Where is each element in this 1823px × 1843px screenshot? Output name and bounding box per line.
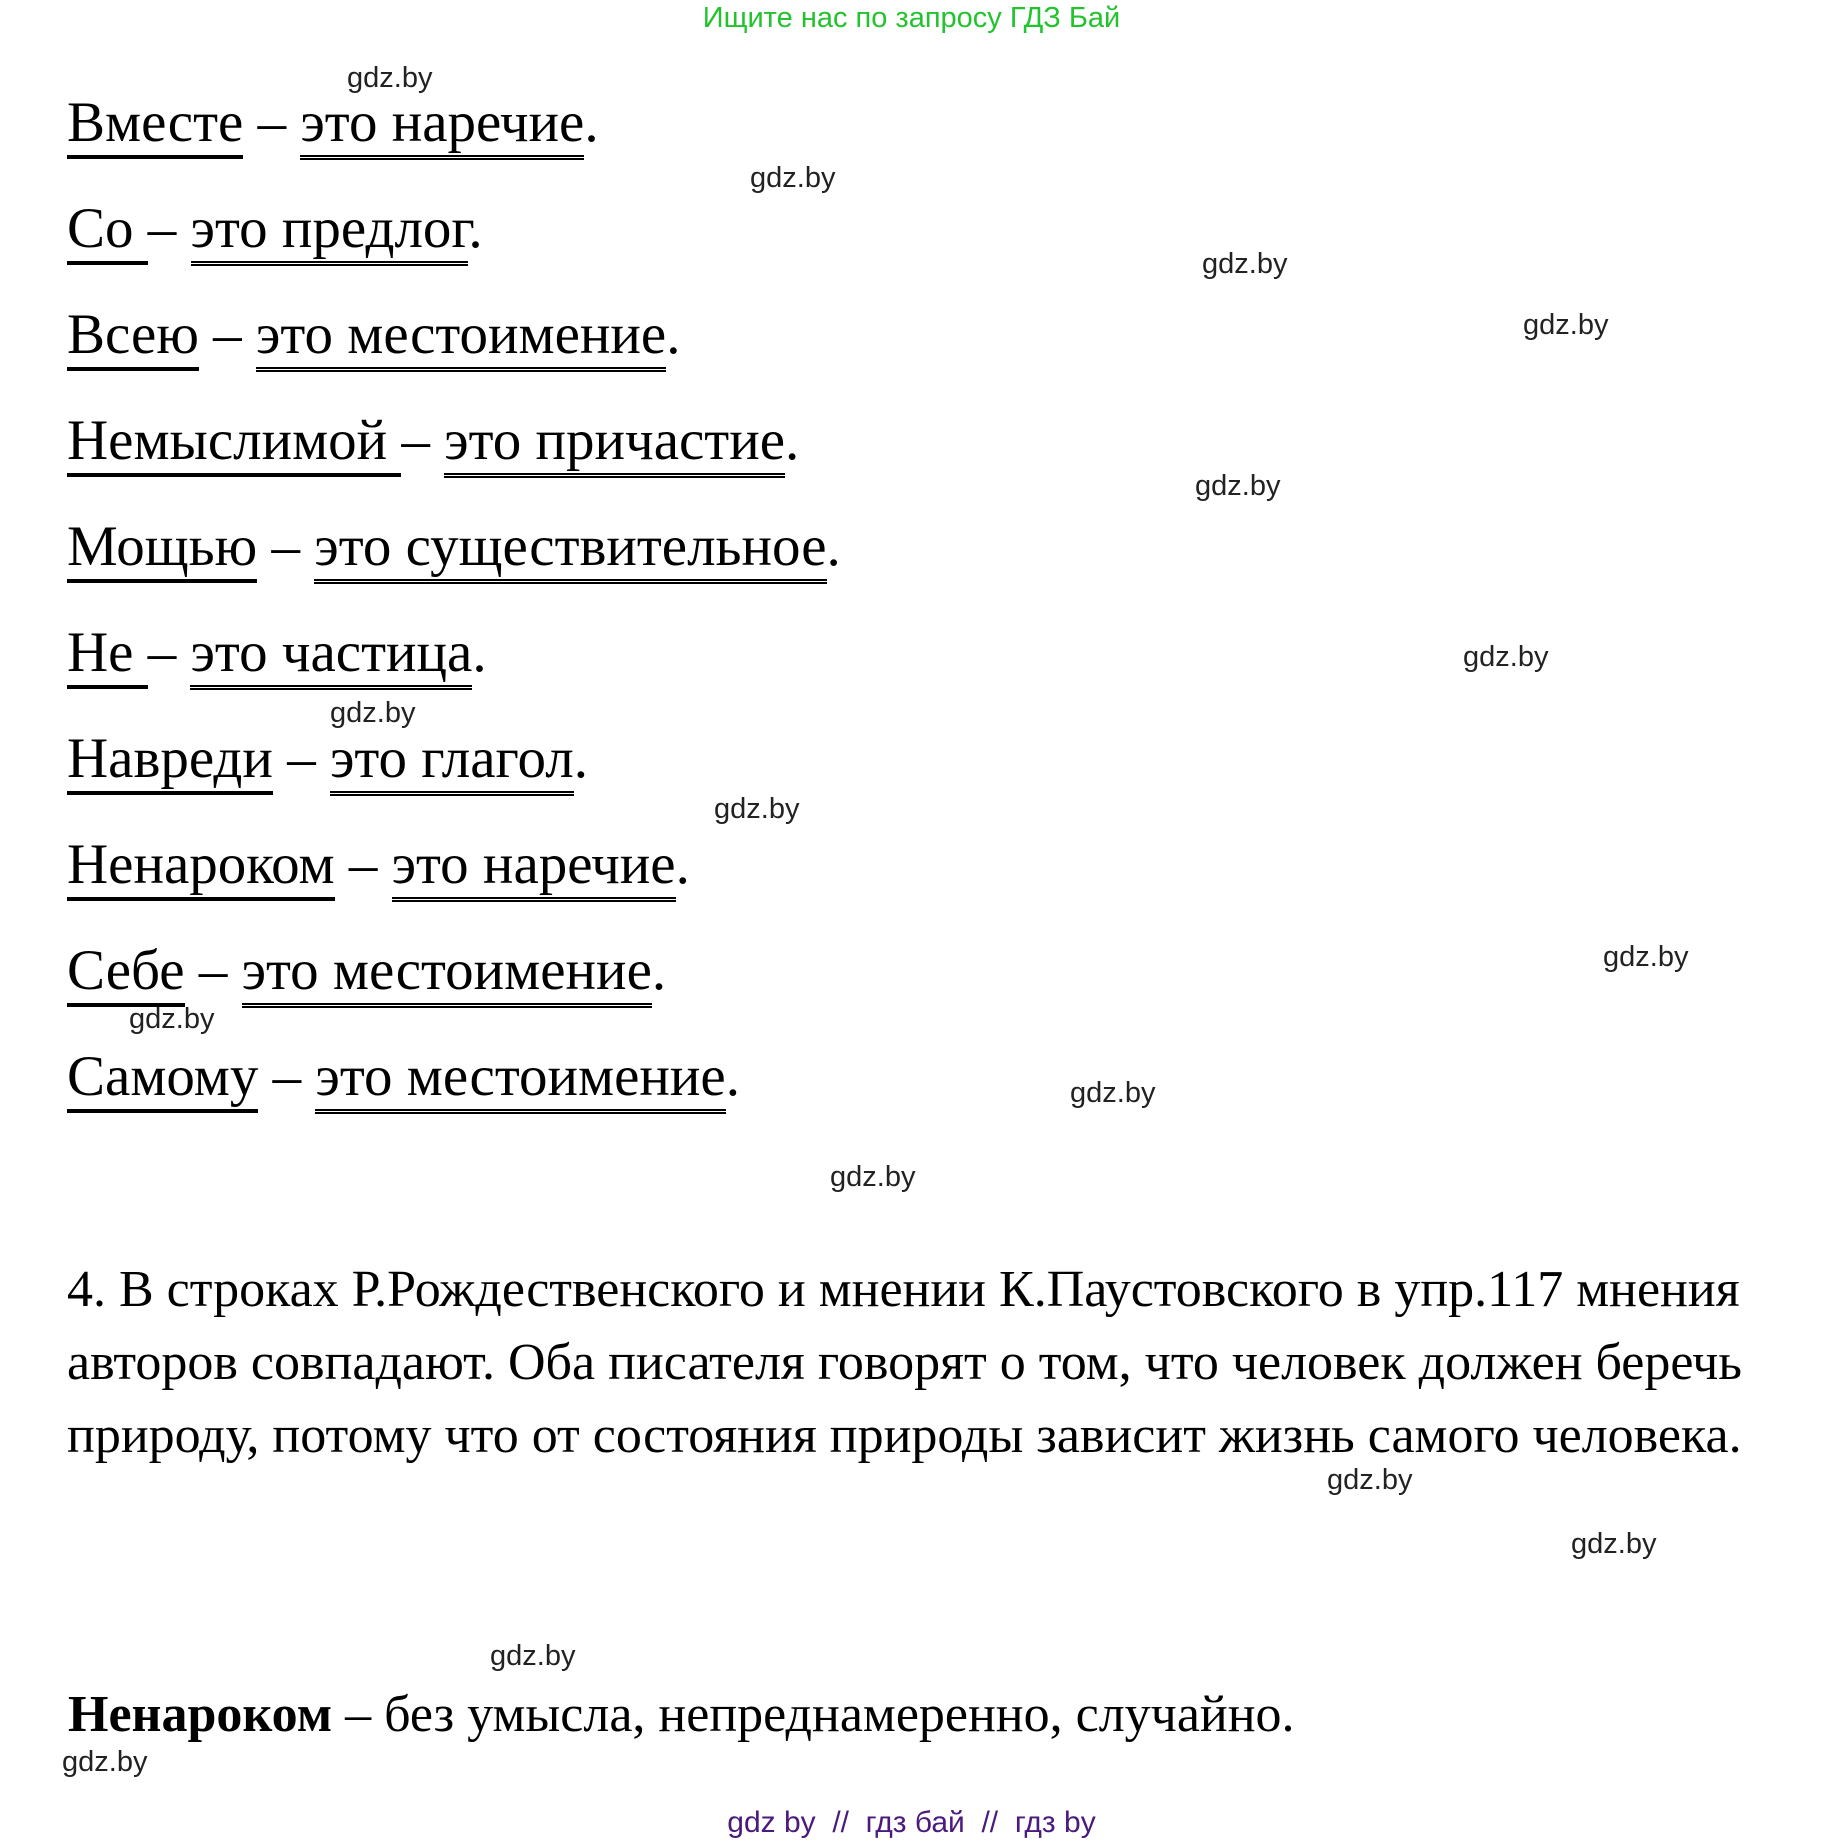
answer-line: Вместе – это наречие.	[67, 94, 599, 151]
answer-paragraph: 4. В строках Р.Рождественского и мнении …	[67, 1253, 1797, 1472]
answer-line: Со – это предлог.	[67, 200, 483, 257]
watermark: gdz.by	[1463, 641, 1548, 674]
dash: –	[257, 515, 314, 578]
answer-line: Мощью – это существительное.	[67, 518, 841, 575]
answer-line: Самому – это местоимение.	[67, 1048, 740, 1105]
subject-word: Навреди	[67, 727, 273, 795]
subject-word: Немыслимой	[67, 409, 401, 477]
watermark: gdz.by	[750, 162, 835, 195]
site-footer: gdz by // гдз бай // гдз by	[0, 1806, 1823, 1840]
watermark: gdz.by	[490, 1640, 575, 1673]
definition-text: – без умысла, непреднамеренно, случайно.	[332, 1686, 1294, 1743]
watermark: gdz.by	[330, 697, 415, 730]
watermark: gdz.by	[714, 793, 799, 826]
part-of-speech: это наречие	[300, 91, 584, 160]
period: .	[472, 621, 486, 684]
watermark: gdz.by	[1195, 470, 1280, 503]
period: .	[666, 303, 680, 366]
period: .	[468, 197, 482, 260]
part-of-speech: это местоимение	[256, 303, 666, 372]
part-of-speech: это местоимение	[315, 1045, 725, 1114]
answer-line: Себе – это местоимение.	[67, 942, 666, 999]
search-hint-banner: Ищите нас по запросу ГДЗ Бай	[0, 2, 1823, 35]
answer-line: Ненароком – это наречие.	[67, 836, 690, 893]
period: .	[676, 833, 690, 896]
dash: –	[258, 1045, 315, 1108]
dash: –	[148, 197, 191, 260]
subject-word: Мощью	[67, 515, 257, 583]
watermark: gdz.by	[1523, 309, 1608, 342]
dash: –	[273, 727, 330, 790]
watermark: gdz.by	[347, 62, 432, 95]
definition: Ненароком – без умысла, непреднамеренно,…	[68, 1685, 1295, 1744]
watermark: gdz.by	[1202, 248, 1287, 281]
subject-word: Со	[67, 197, 148, 265]
part-of-speech: это предлог	[191, 197, 469, 266]
dash: –	[148, 621, 191, 684]
subject-word: Ненароком	[67, 833, 335, 901]
watermark: gdz.by	[62, 1746, 147, 1779]
part-of-speech: это существительное	[314, 515, 826, 584]
subject-word: Всею	[67, 303, 199, 371]
watermark: gdz.by	[129, 1003, 214, 1036]
period: .	[584, 91, 598, 154]
dash: –	[401, 409, 444, 472]
subject-word: Себе	[67, 939, 185, 1007]
answer-line: Всею – это местоимение.	[67, 306, 680, 363]
part-of-speech: это местоимение	[242, 939, 652, 1008]
definition-term: Ненароком	[68, 1686, 332, 1743]
part-of-speech: это причастие	[444, 409, 785, 478]
answer-line: Не – это частица.	[67, 624, 487, 681]
dash: –	[185, 939, 242, 1002]
period: .	[827, 515, 841, 578]
part-of-speech: это глагол	[330, 727, 574, 796]
subject-word: Вместе	[67, 91, 243, 159]
subject-word: Самому	[67, 1045, 258, 1113]
watermark: gdz.by	[1327, 1464, 1412, 1497]
period: .	[652, 939, 666, 1002]
watermark: gdz.by	[1603, 941, 1688, 974]
dash: –	[199, 303, 256, 366]
watermark: gdz.by	[1070, 1077, 1155, 1110]
dash: –	[335, 833, 392, 896]
period: .	[574, 727, 588, 790]
answer-line: Навреди – это глагол.	[67, 730, 588, 787]
period: .	[726, 1045, 740, 1108]
part-of-speech: это частица	[190, 621, 472, 690]
dash: –	[243, 91, 300, 154]
subject-word: Не	[67, 621, 148, 689]
watermark: gdz.by	[1571, 1528, 1656, 1561]
watermark: gdz.by	[830, 1161, 915, 1194]
period: .	[785, 409, 799, 472]
part-of-speech: это наречие	[392, 833, 676, 902]
answer-line: Немыслимой – это причастие.	[67, 412, 799, 469]
